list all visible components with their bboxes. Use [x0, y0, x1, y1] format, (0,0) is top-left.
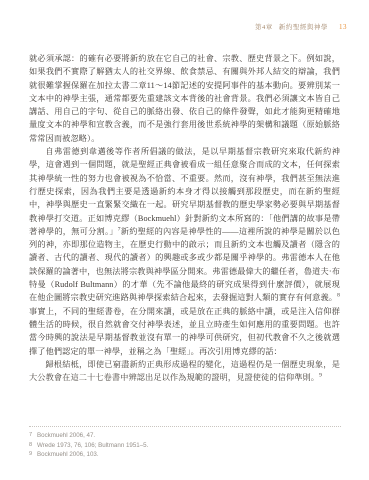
footnote-7: 7Bockmuehl 2006, 47.	[29, 431, 341, 441]
page-number: 13	[339, 23, 347, 31]
footnote-ref-9: 9	[319, 372, 322, 378]
block-quote-text: 歸根結柢，即使已窮盡新約正典形成過程的變化，這過程仍是一個歷史現象，是大公教會在…	[29, 360, 340, 382]
footnote-7-text: Bockmuehl 2006, 47.	[37, 432, 95, 439]
chapter-label: 第4章	[255, 24, 273, 31]
body-text: 就必須承認：的確有必要將新約放在它自己的社會、宗教、歷史背景之下。例如說，如果我…	[29, 52, 340, 384]
footnote-8-text: Wrede 1973, 76, 106; Bultmann 1951–5.	[37, 442, 148, 449]
paragraph-2-text-c: 事實上，不同的聖經書卷，在分開來讀，或是放在正典的脈絡中讀，或是注入信仰群體生活…	[29, 307, 340, 356]
footnote-8-marker: 8	[29, 441, 37, 451]
paragraph-2-text-b: 新約聖經的內容是神學性的——這裡所說的神學是關於以色列的神，亦即那位造物主，在歷…	[29, 227, 340, 302]
footnote-8: 8Wrede 1973, 76, 106; Bultmann 1951–5.	[29, 441, 341, 451]
block-quote: 歸根結柢，即使已窮盡新約正典形成過程的變化，這過程仍是一個歷史現象，是大公教會在…	[29, 358, 340, 385]
paragraph-1: 就必須承認：的確有必要將新約放在它自己的社會、宗教、歷史背景之下。例如說，如果我…	[29, 52, 340, 145]
footnote-9: 9Bockmuehl 2006, 103.	[29, 450, 341, 460]
paragraph-2-text-a: 自弗雷德到韋邁後等作者所倡議的做法，是以早期基督宗教研究來取代新約神學，這會遇到…	[29, 147, 340, 236]
paragraph-1-text: 就必須承認：的確有必要將新約放在它自己的社會、宗教、歷史背景之下。例如說，如果我…	[29, 54, 340, 143]
footnote-9-text: Bockmuehl 2006, 103.	[37, 451, 99, 458]
running-header: 第4章 新約聖經與神學 13	[29, 22, 347, 31]
footnote-area: 7Bockmuehl 2006, 47. 8Wrede 1973, 76, 10…	[29, 426, 341, 460]
chapter-title: 新約聖經與神學	[279, 24, 328, 31]
footnote-ref-8: 8	[337, 293, 340, 299]
paragraph-2: 自弗雷德到韋邁後等作者所倡議的做法，是以早期基督宗教研究來取代新約神學，這會遇到…	[29, 145, 340, 358]
footnote-9-marker: 9	[29, 450, 37, 460]
book-page: 第4章 新約聖經與神學 13 就必須承認：的確有必要將新約放在它自己的社會、宗教…	[0, 0, 369, 480]
footnote-7-marker: 7	[29, 431, 37, 441]
